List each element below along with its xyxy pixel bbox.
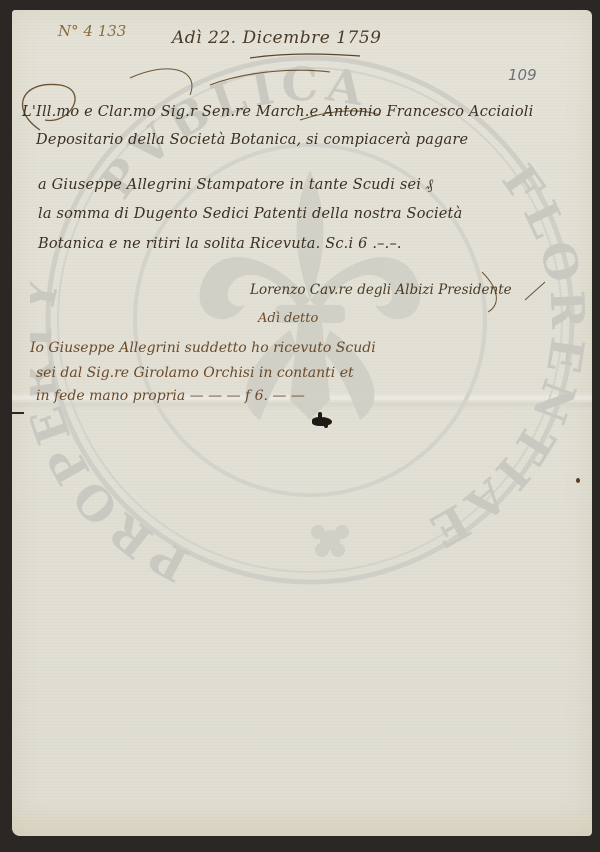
ink-speck xyxy=(576,478,580,483)
archive-reference-number: N° 4 133 xyxy=(58,22,126,40)
receipt-line-1: Io Giuseppe Allegrini suddetto ho ricevu… xyxy=(30,340,376,356)
edge-tick xyxy=(12,412,24,414)
order-line-4: la somma di Dugento Sedici Patenti della… xyxy=(38,206,462,222)
date-line: Adì 22. Dicembre 1759 xyxy=(172,28,381,48)
receipt-line-2: sei dal Sig.re Girolamo Orchisi in conta… xyxy=(36,365,354,381)
receipt-heading: Adì detto xyxy=(258,311,318,326)
president-signature: Lorenzo Cav.re degli Albizi Presidente xyxy=(250,282,512,298)
folio-page-number: 109 xyxy=(508,66,537,84)
order-line-5: Botanica e ne ritiri la solita Ricevuta.… xyxy=(38,236,402,252)
order-line-2: Depositario della Società Botanica, si c… xyxy=(36,132,468,148)
ink-blot-mark xyxy=(312,417,332,426)
order-line-1: L'Ill.mo e Clar.mo Sig.r Sen.re March.e … xyxy=(22,104,533,120)
order-line-3: a Giuseppe Allegrini Stampatore in tante… xyxy=(38,177,433,194)
receipt-line-3: in fede mano propria — — — f 6. — — xyxy=(36,388,305,404)
